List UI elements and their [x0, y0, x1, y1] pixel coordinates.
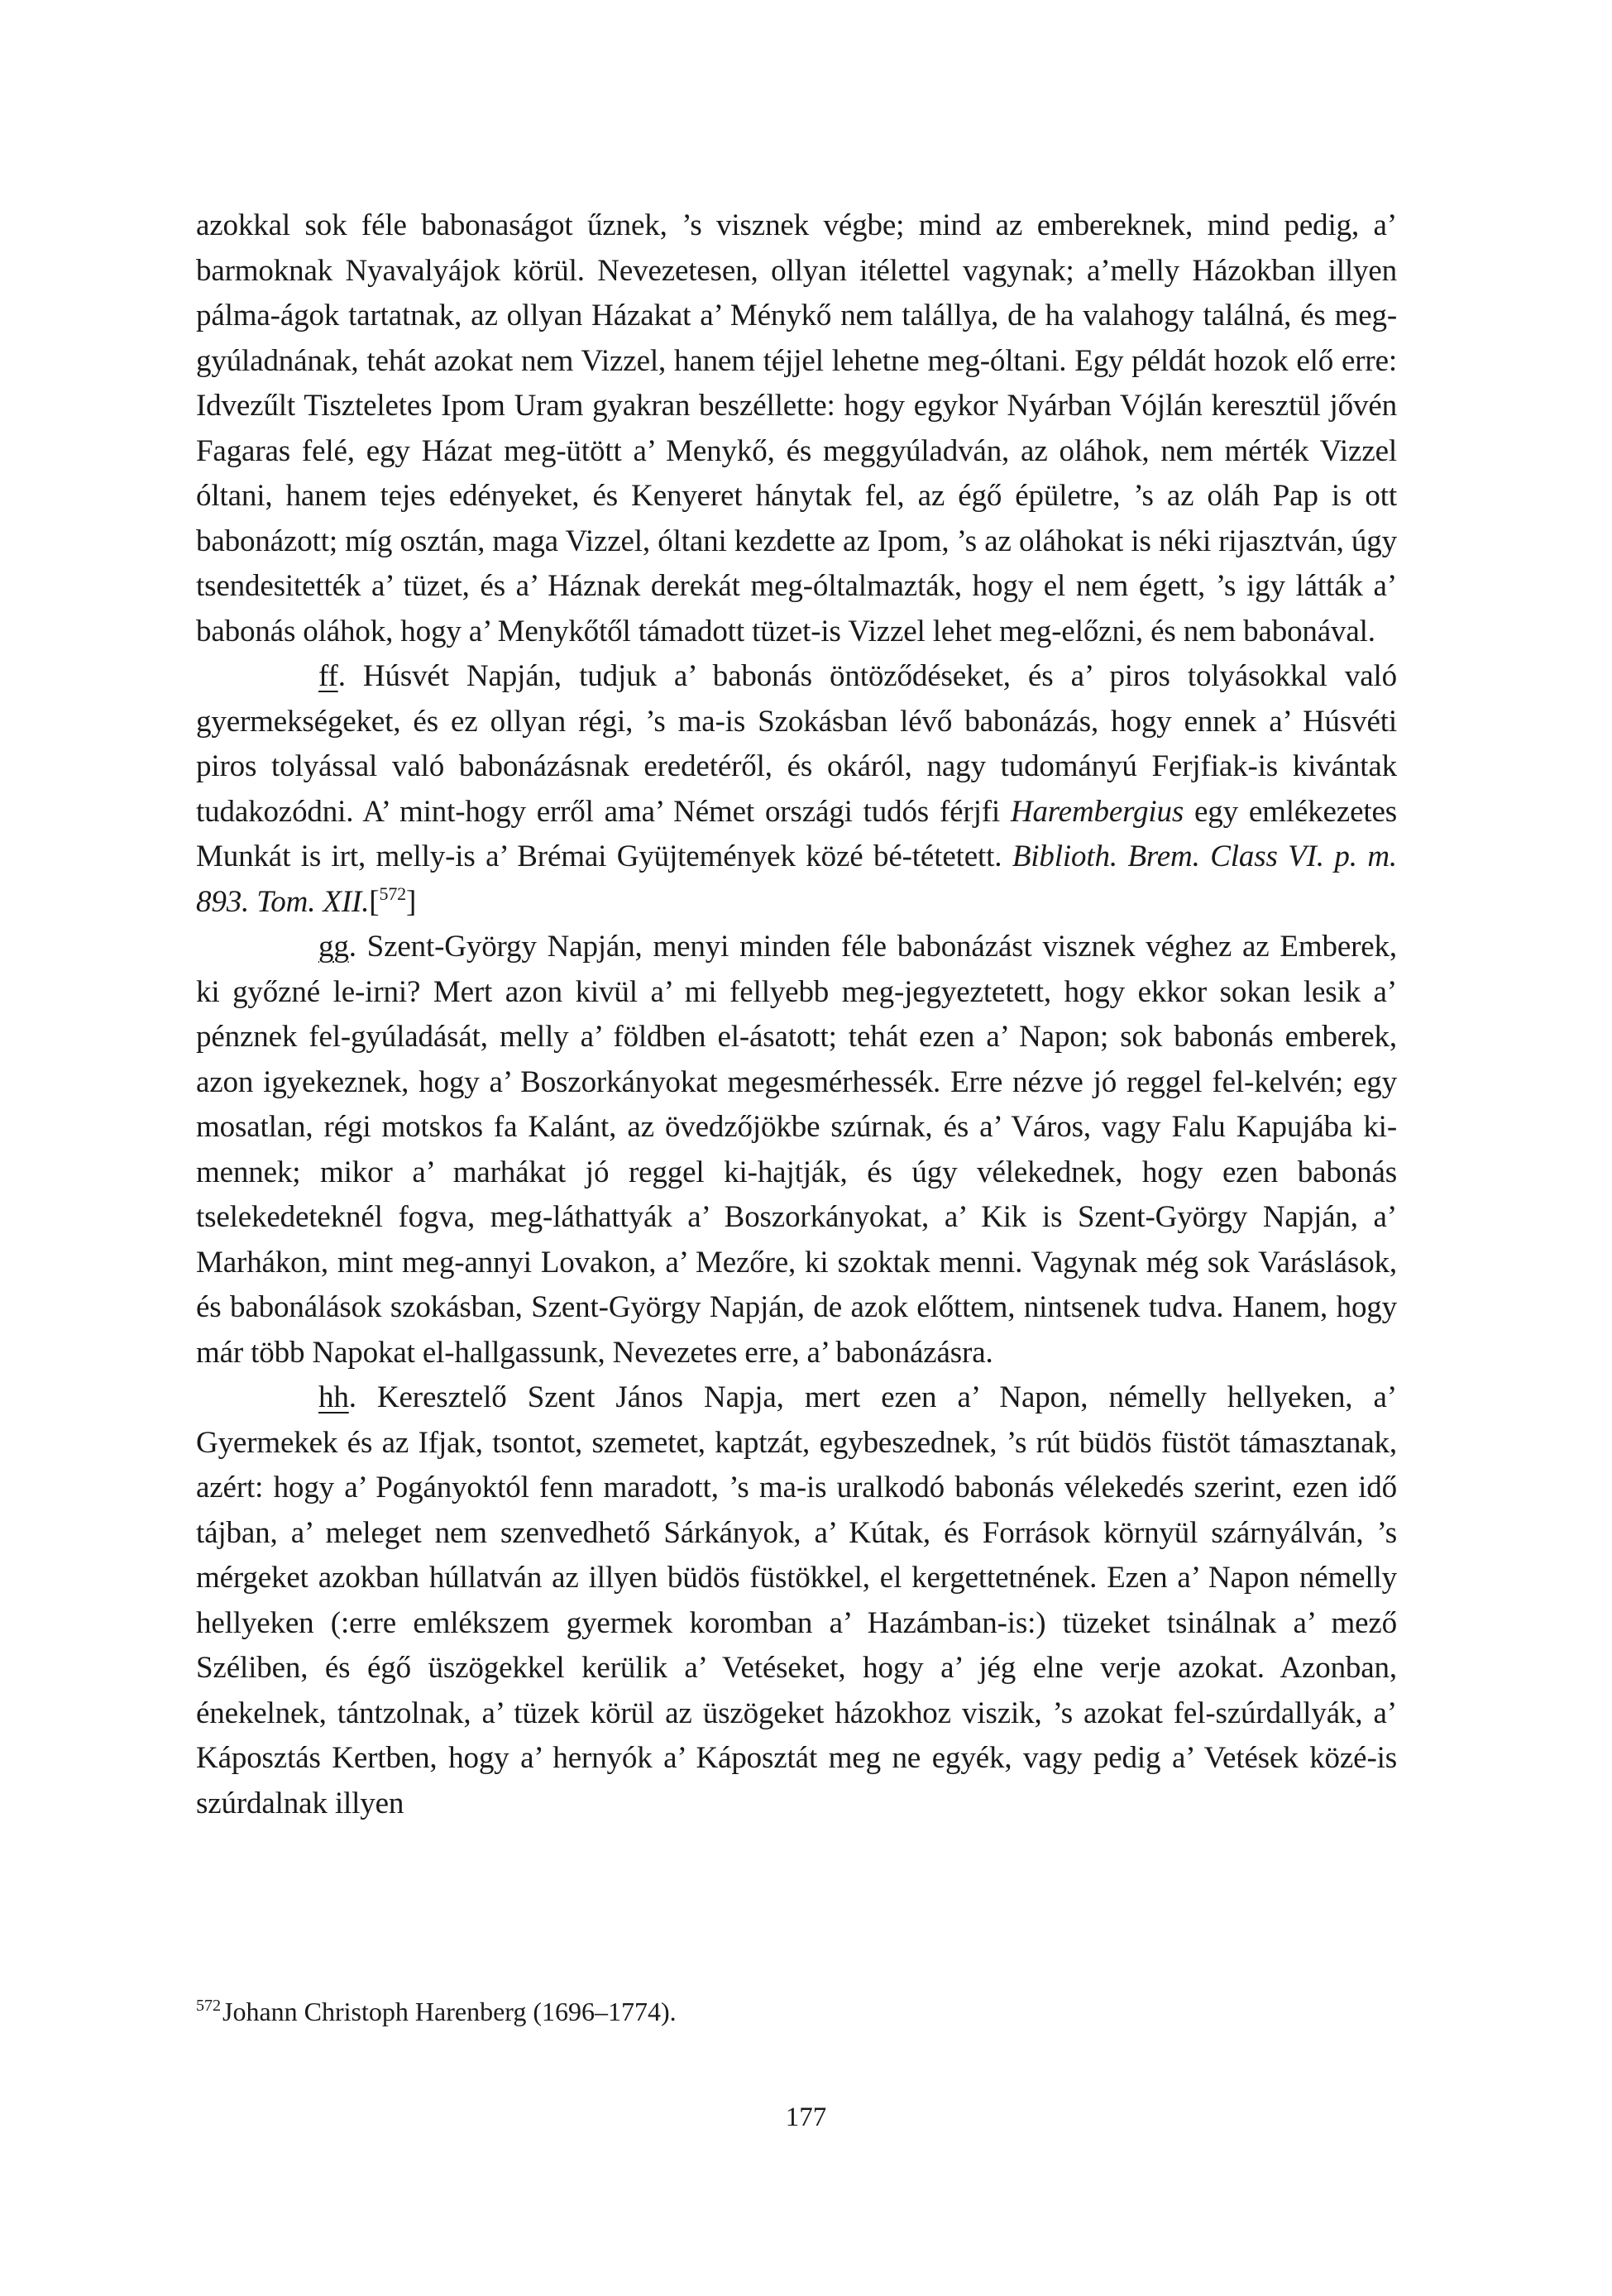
paragraph-ff-easter: ff. Húsvét Napján, tudjuk a’ babonás önt…: [196, 654, 1397, 925]
footnote-reference-572[interactable]: 572: [379, 883, 406, 904]
paragraph-hh-st-john: hh. Keresztelő Szent János Napja, mert e…: [196, 1375, 1397, 1826]
paragraph-text: azokkal sok féle babonaságot űznek, ’s v…: [196, 208, 1397, 648]
paragraph-text: . Szent-György Napján, menyi minden féle…: [196, 930, 1397, 1370]
paragraph-lightning-palm: azokkal sok féle babonaságot űznek, ’s v…: [196, 203, 1397, 654]
page-number: 177: [0, 2101, 1612, 2134]
bracket-open: [: [369, 885, 379, 919]
section-marker-hh: hh: [318, 1380, 349, 1414]
italic-name-harembergius: Harembergius: [1011, 795, 1184, 829]
footnote-572: 572Johann Christoph Harenberg (1696–1774…: [196, 1993, 1397, 2030]
section-marker-gg: gg: [318, 930, 349, 964]
paragraph-gg-st-george: gg. Szent-György Napján, menyi minden fé…: [196, 925, 1397, 1375]
body-text: azokkal sok féle babonaságot űznek, ’s v…: [196, 203, 1397, 1826]
footnote-number: 572: [196, 1997, 221, 2015]
paragraph-text: . Keresztelő Szent János Napja, mert eze…: [196, 1380, 1397, 1820]
bracket-close: ]: [406, 885, 416, 919]
section-marker-ff: ff: [318, 659, 338, 693]
footnote-text: Johann Christoph Harenberg (1696–1774).: [222, 1997, 677, 2026]
document-page: azokkal sok féle babonaságot űznek, ’s v…: [0, 0, 1612, 2296]
